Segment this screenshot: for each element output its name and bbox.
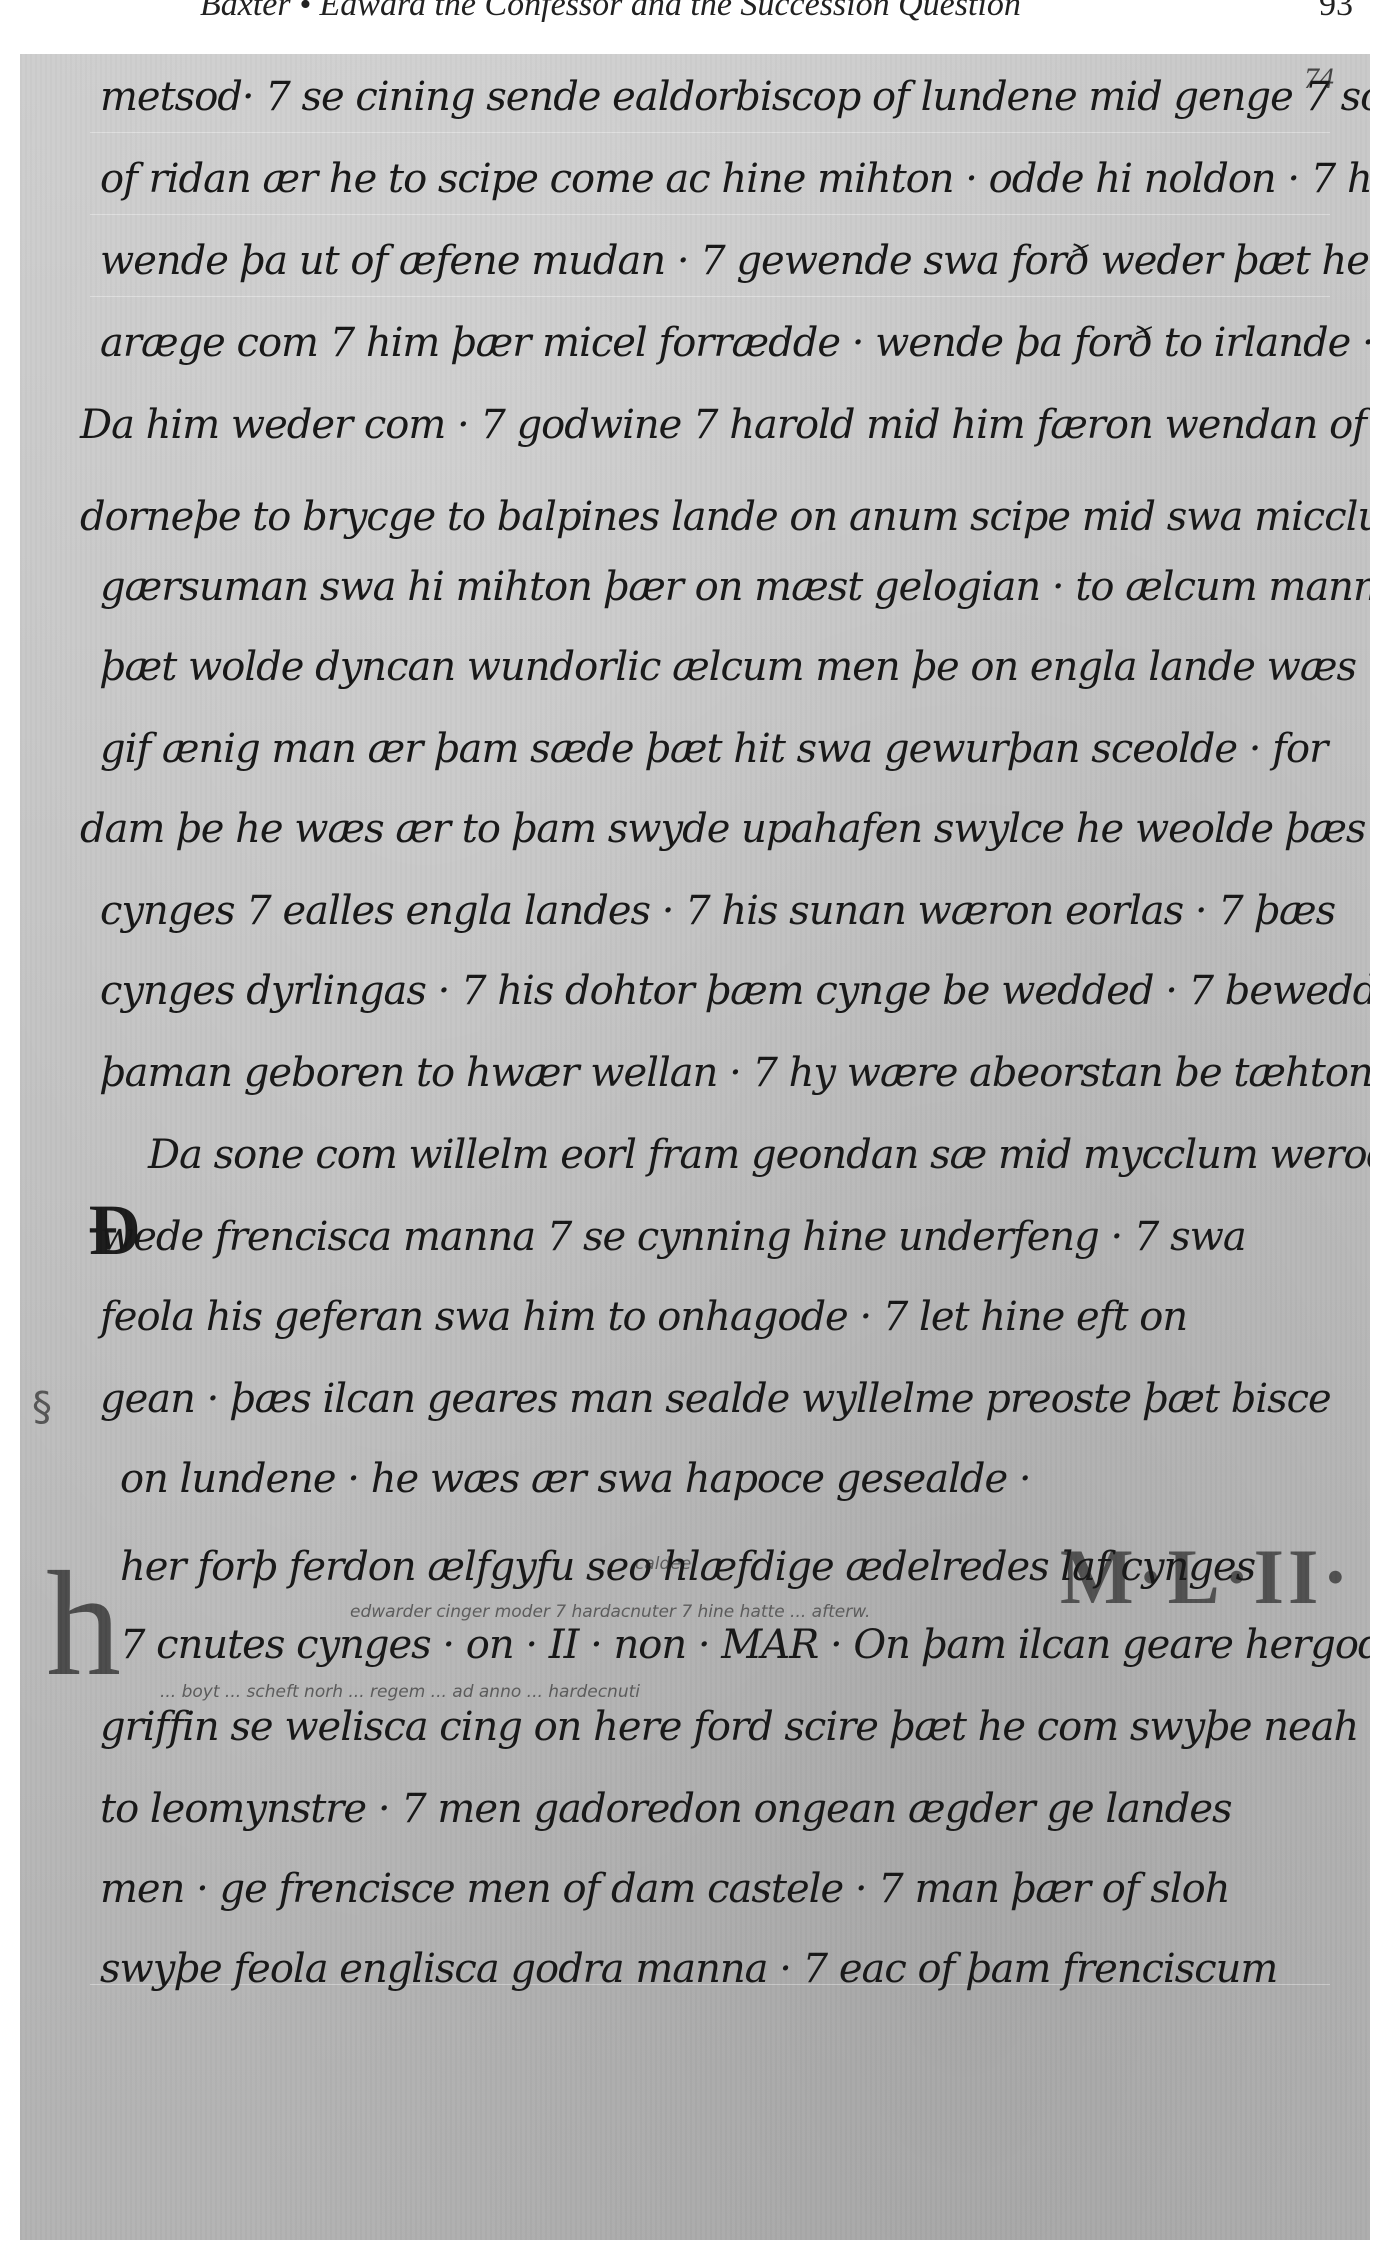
ruling-line [90,296,1330,297]
manuscript-line: gærsuman swa hi mihton þær on mæst gelog… [100,564,1370,610]
interlinear-gloss: edwarder cinger moder 7 hardacnuter 7 hi… [350,1602,870,1622]
running-head: Baxter • Edward the Confessor and the Su… [0,0,1375,26]
manuscript-line: aræge com 7 him þær micel forrædde · wen… [100,320,1370,366]
manuscript-line: gean · þæs ilcan geares man sealde wylle… [100,1376,1331,1422]
manuscript-line: cynges 7 ealles engla landes · 7 his sun… [100,888,1335,934]
manuscript-line: wende þa ut of æfene mudan · 7 gewende s… [100,238,1370,284]
year-annal-mark: M·L·II· [1060,1532,1352,1622]
manuscript-line: Da sone com willelm eorl fram geondan sæ… [148,1132,1370,1178]
manuscript-line: of ridan ær he to scipe come ac hine mih… [100,156,1370,202]
manuscript-line: on lundene · he wæs ær swa hapoce geseal… [120,1456,1031,1502]
manuscript-line: men · ge frencisce men of dam castele · … [100,1866,1230,1912]
manuscript-line: metsod· 7 se cining sende ealdorbiscop o… [100,74,1370,120]
manuscript-line: þæt wolde dyncan wundorlic ælcum men þe … [100,644,1356,690]
manuscript-line: þaman geboren to hwær wellan · 7 hy wære… [100,1050,1370,1096]
manuscript-line: 7 cnutes cynges · on · II · non · MAR · … [120,1622,1370,1668]
interlinear-gloss: caldee [635,1554,691,1574]
ruling-line [90,214,1330,215]
manuscript-line: cynges dyrlingas · 7 his dohtor þæm cyng… [100,968,1370,1014]
manuscript-plate: 74 metsod· 7 se cining sende ealdorbisco… [20,54,1370,2240]
manuscript-line: griffin se welisca cing on here ford sci… [100,1704,1358,1750]
manuscript-line: wede frencisca manna 7 se cynning hine u… [100,1214,1246,1260]
ruling-line [90,132,1330,133]
manuscript-line: Da him weder com · 7 godwine 7 harold mi… [80,402,1366,448]
decorated-initial-h: h [46,1549,121,1699]
ruling-line [90,1984,1330,1985]
running-title: Baxter • Edward the Confessor and the Su… [200,0,1021,24]
interlinear-gloss: ... boyt ... scheft norh ... regem ... a… [160,1682,640,1702]
manuscript-line: dorneþe to brycge to balpines lande on a… [80,494,1370,540]
manuscript-line: her forþ ferdon ælfgyfu seo hlæfdige æde… [120,1544,1255,1590]
manuscript-line: swyþe feola englisca godra manna · 7 eac… [100,1946,1277,1992]
margin-mark: § [32,1384,52,1430]
manuscript-line: gif ænig man ær þam sæde þæt hit swa gew… [100,726,1327,772]
manuscript-line: feola his geferan swa him to onhagode · … [100,1294,1187,1340]
manuscript-line: to leomynstre · 7 men gadoredon ongean æ… [100,1786,1232,1832]
folio-number: 74 [1304,62,1334,96]
page-number: 93 [1319,0,1353,24]
decorated-initial-d: Ð [88,1189,140,1272]
manuscript-line: dam þe he wæs ær to þam swyde upahafen s… [80,806,1365,852]
